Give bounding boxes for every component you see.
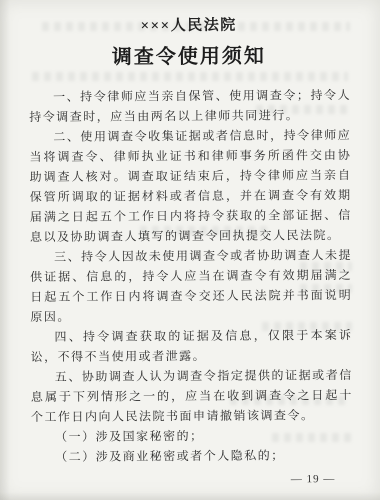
page-number: — 19 — (291, 473, 336, 485)
title-block: ×××人民法院 调查令使用须知 (0, 13, 379, 70)
paragraph-4: 四、持令调查获取的证据及信息，仅限于本案诉讼，不得不当使用或者泄露。 (30, 325, 352, 367)
list-item-1: （一）涉及国家秘密的； (31, 425, 353, 447)
paragraph-2: 二、使用调查令收集证据或者信息时，持令律师应当将调查令、律师执业证书和律师事务所… (29, 125, 352, 247)
paragraph-5: 五、协助调查人认为调查令指定提供的证据或者信息属于下列情形之一的，应当在收到调查… (31, 365, 353, 427)
paragraph-1: 一、持令律师应当亲自保管、使用调查令；持令人持令调查时，应当由两名以上律师共同进… (29, 85, 351, 127)
court-title: ×××人民法院 (0, 13, 379, 36)
page-content: ×××人民法院 调查令使用须知 一、持令律师应当亲自保管、使用调查令；持令人持令… (0, 0, 380, 500)
list-item-2: （二）涉及商业秘密或者个人隐私的； (31, 445, 353, 467)
scanned-document-page: ×××人民法院 调查令使用须知 一、持令律师应当亲自保管、使用调查令；持令人持令… (0, 0, 380, 500)
paragraph-3: 三、持令人因故未使用调查令或者协助调查人未提供证据、信息的，持令人应当在调查令有… (30, 245, 352, 327)
document-body: 一、持令律师应当亲自保管、使用调查令；持令人持令调查时，应当由两名以上律师共同进… (29, 85, 353, 469)
document-title: 调查令使用须知 (0, 39, 379, 70)
